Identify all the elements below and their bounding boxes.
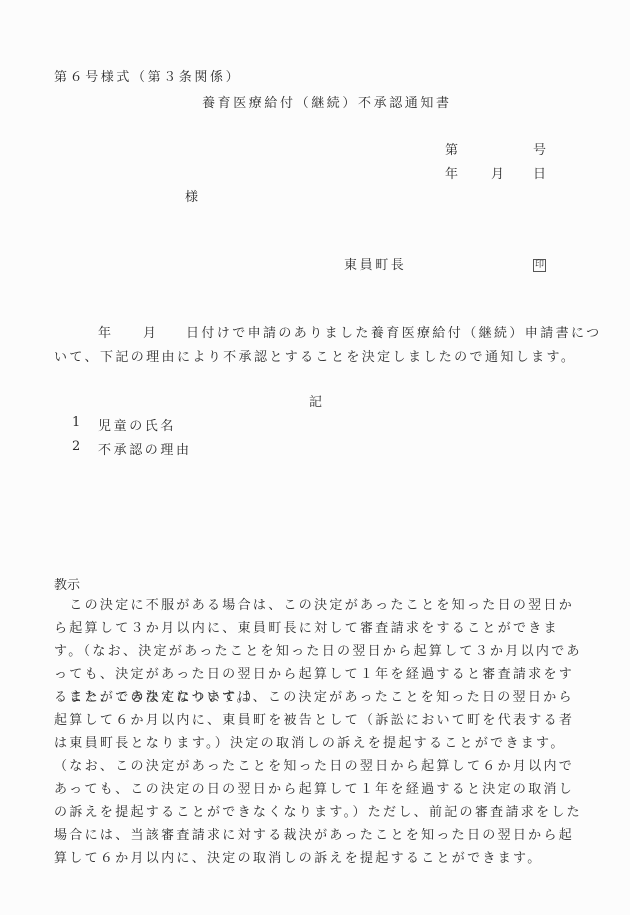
body-line-1: 日付けで申請のありました養育医療給付（継続）申請書につ [186, 322, 602, 341]
list-item-number: 2 [72, 439, 80, 454]
body-line-2: いて、下記の理由により不承認とすることを決定しましたので通知します。 [54, 346, 576, 365]
form-number: 第６号様式（第３条関係） [54, 66, 241, 85]
list-item-rejection-reason: 不承認の理由 [98, 439, 192, 458]
list-item-number: 1 [72, 415, 80, 430]
reference-number-suffix: 号 [533, 139, 546, 158]
body-date-year: 年 [98, 322, 111, 341]
list-item-child-name: 児童の氏名 [98, 415, 176, 434]
issuer-name: 東員町長 [344, 254, 406, 273]
seal-icon: 印 [533, 259, 546, 272]
addressee-honorific: 様 [185, 186, 198, 205]
seal-mark: 印 [533, 256, 546, 272]
date-day-label: 日 [533, 163, 546, 182]
notes-heading: 記 [309, 391, 322, 410]
instruction-paragraph-2: また、この決定については、この決定があったことを知った日の翌日から起算して６か月… [54, 686, 584, 870]
date-year-label: 年 [445, 163, 458, 182]
date-month-label: 月 [491, 163, 504, 182]
document-title: 養育医療給付（継続）不承認通知書 [202, 92, 452, 111]
instruction-heading: 教示 [54, 574, 80, 593]
reference-number-prefix: 第 [445, 139, 458, 158]
body-date-month: 月 [143, 322, 156, 341]
